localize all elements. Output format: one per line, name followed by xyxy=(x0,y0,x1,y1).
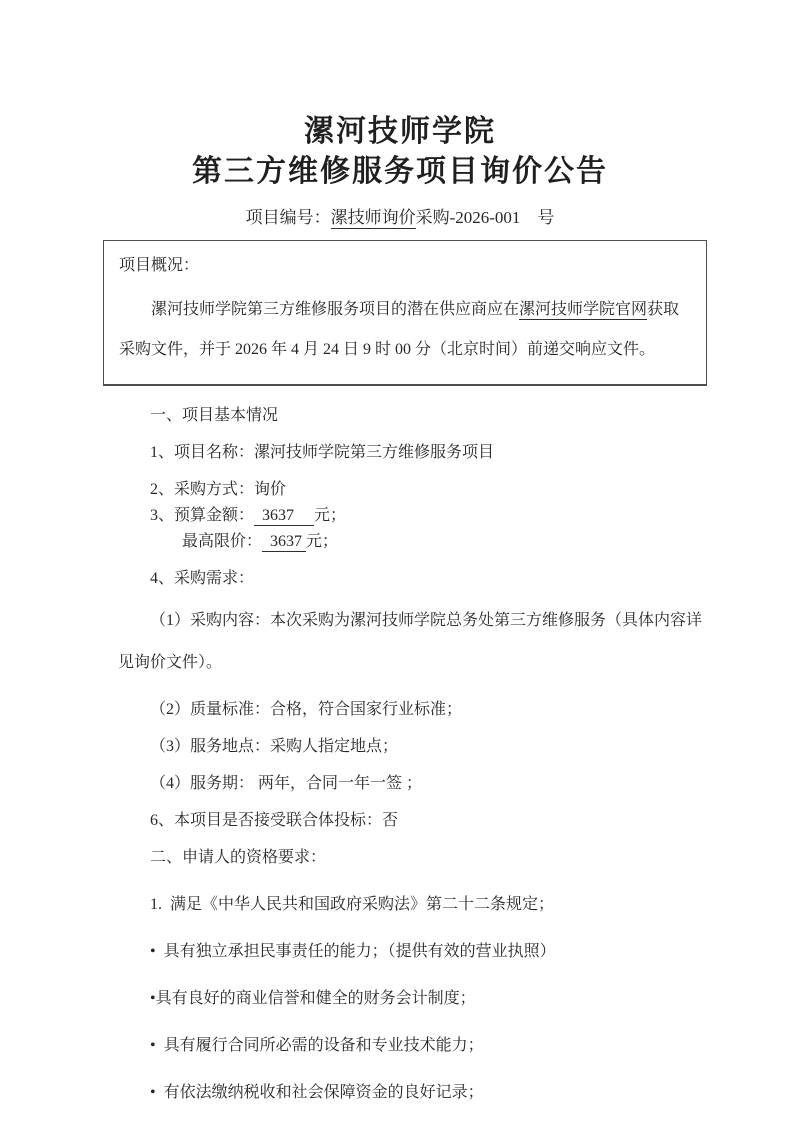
text-segment: 6、本项目是否接受联合体投标：否 xyxy=(150,812,398,829)
paragraph: 1、项目名称：漯河技师学院第三方维修服务项目 xyxy=(118,441,710,464)
text-segment: （4）服务期： 两年，合同一年一签 ； xyxy=(150,775,422,792)
paragraph: （2）质量标准：合格，符合国家行业标准； xyxy=(118,698,710,721)
title-line-1: 漯河技师学院 xyxy=(0,112,800,152)
underlined-text: 3637 xyxy=(262,533,306,552)
text-segment: 3、预算金额： xyxy=(150,507,254,524)
paragraph: • 有依法缴纳税收和社会保障资金的良好记录； xyxy=(118,1081,710,1104)
text-segment: 号 xyxy=(520,208,554,227)
underlined-text: 漯技师询价 xyxy=(331,208,416,229)
paragraph: • 具有履行合同所必需的设备和专业技术能力； xyxy=(118,1034,710,1057)
text-segment: （1）采购内容：本次采购为漯河技师学院总务处第三方维修服务（具体内容详见询价文件… xyxy=(118,612,702,671)
text-segment: 4、采购需求： xyxy=(150,570,254,587)
text-segment: （2）质量标准：合格，符合国家行业标准； xyxy=(150,701,462,718)
paragraph: 1. 满足《中华人民共和国政府采购法》第二十二条规定； xyxy=(118,893,710,916)
text-segment: 元； xyxy=(306,533,338,550)
paragraph: 6、本项目是否接受联合体投标：否 xyxy=(118,809,710,832)
paragraph: 最高限价： 3637 元； xyxy=(118,530,710,553)
text-segment: 1、项目名称：漯河技师学院第三方维修服务项目 xyxy=(150,444,494,461)
paragraph: • 具有独立承担民事责任的能力；（提供有效的营业执照） xyxy=(118,940,710,963)
project-number-line: 项目编号：漯技师询价采购-2026-001 号 xyxy=(0,206,800,230)
text-segment: 项目编号： xyxy=(246,208,331,227)
paragraph: （1）采购内容：本次采购为漯河技师学院总务处第三方维修服务（具体内容详见询价文件… xyxy=(118,600,710,684)
paragraph: 4、采购需求： xyxy=(118,567,710,590)
text-segment: • 具有履行合同所必需的设备和专业技术能力； xyxy=(150,1037,484,1054)
text-segment: •具有良好的商业信誉和健全的财务会计制度； xyxy=(150,990,476,1007)
text-segment: 1. 满足《中华人民共和国政府采购法》第二十二条规定； xyxy=(150,896,554,913)
text-segment: 采购-2026-001 xyxy=(416,208,521,227)
underlined-text: 漯河技师学院官网 xyxy=(519,301,647,320)
text-segment: 二、申请人的资格要求： xyxy=(150,849,326,866)
paragraph: 2、采购方式：询价 xyxy=(118,478,710,501)
title-line-2: 第三方维修服务项目询价公告 xyxy=(0,152,800,192)
document-body: 一、项目基本情况1、项目名称：漯河技师学院第三方维修服务项目2、采购方式：询价3… xyxy=(118,404,710,1104)
paragraph: 3、预算金额： 3637 元； xyxy=(118,504,710,527)
document-page: 漯河技师学院 第三方维修服务项目询价公告 项目编号：漯技师询价采购-2026-0… xyxy=(0,0,800,1131)
text-segment: 元； xyxy=(314,507,346,524)
overview-box: 项目概况： 漯河技师学院第三方维修服务项目的潜在供应商应在漯河技师学院官网获取采… xyxy=(103,240,707,386)
overview-heading: 项目概况： xyxy=(119,254,690,278)
paragraph: 二、申请人的资格要求： xyxy=(118,846,710,869)
overview-paragraph: 漯河技师学院第三方维修服务项目的潜在供应商应在漯河技师学院官网获取采购文件，并于… xyxy=(119,290,690,370)
text-segment: 最高限价： xyxy=(182,533,262,550)
paragraph: （3）服务地点：采购人指定地点； xyxy=(118,735,710,758)
text-segment: 2、采购方式：询价 xyxy=(150,481,286,498)
text-segment: 漯河技师学院第三方维修服务项目的潜在供应商应在 xyxy=(151,301,519,318)
paragraph: 一、项目基本情况 xyxy=(118,404,710,427)
paragraph: •具有良好的商业信誉和健全的财务会计制度； xyxy=(118,987,710,1010)
text-segment: • 有依法缴纳税收和社会保障资金的良好记录； xyxy=(150,1084,484,1101)
text-segment: • 具有独立承担民事责任的能力；（提供有效的营业执照） xyxy=(150,943,556,960)
document-title: 漯河技师学院 第三方维修服务项目询价公告 xyxy=(0,112,800,192)
text-segment: 一、项目基本情况 xyxy=(150,407,278,424)
text-segment: （3）服务地点：采购人指定地点； xyxy=(150,738,398,755)
underlined-text: 3637 xyxy=(254,507,314,526)
paragraph: （4）服务期： 两年，合同一年一签 ； xyxy=(118,772,710,795)
